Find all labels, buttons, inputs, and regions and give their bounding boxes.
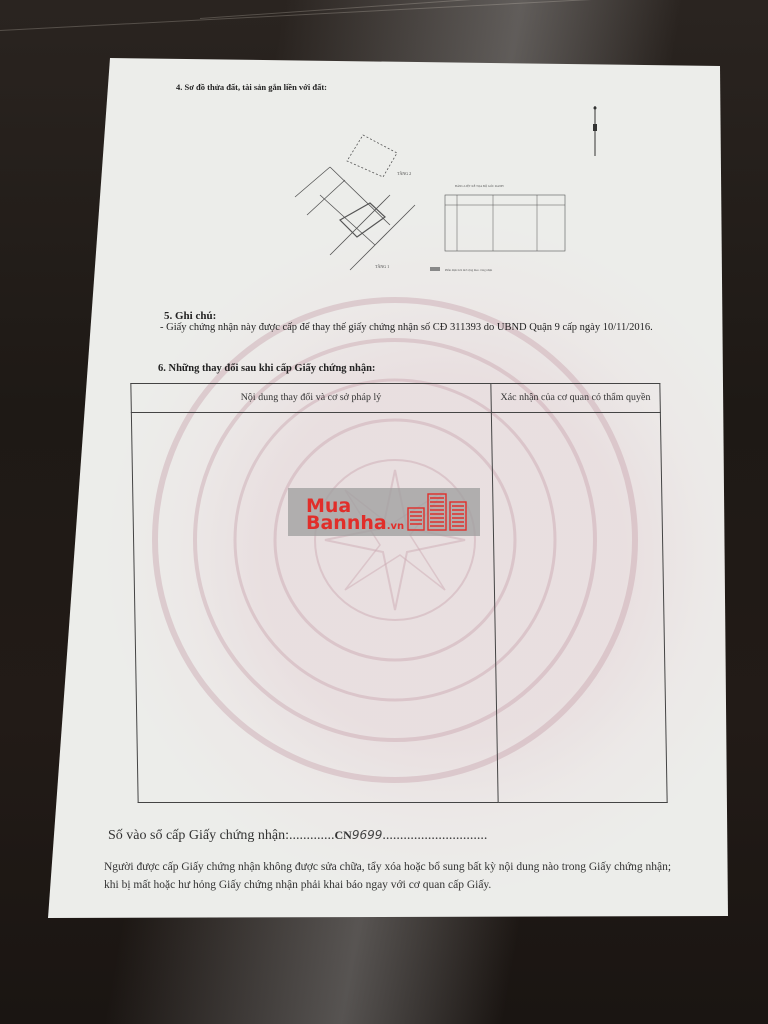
registry-label: Số vào sổ cấp Giấy chứng nhận:	[108, 828, 289, 843]
changes-table: Nội dung thay đổi và cơ sở pháp lý Xác n…	[130, 383, 667, 803]
column-header-change-content: Nội dung thay đổi và cơ sở pháp lý	[131, 384, 491, 413]
north-arrow-icon	[592, 106, 598, 156]
column-header-authority-confirmation: Xác nhận của cơ quan có thẩm quyền	[491, 384, 661, 413]
change-content-cell	[131, 413, 498, 803]
land-plot-diagram: TẦNG 2 TẦNG 1 BẢNG LIỆT KÊ TỌA ĐỘ GÓC RA…	[285, 125, 585, 280]
authority-confirmation-cell	[491, 413, 667, 803]
coordinate-table-title: BẢNG LIỆT KÊ TỌA ĐỘ GÓC RANH	[455, 183, 504, 188]
warning-text: Người được cấp Giấy chứng nhận không đượ…	[104, 858, 684, 894]
logo-line-2: Bannha.vn	[306, 514, 404, 536]
section-5-note: - Giấy chứng nhận này được cấp để thay t…	[160, 322, 680, 334]
diagram-legend-label: Phần diện tích mở rộng theo công nhận	[445, 268, 493, 272]
section-4-title: 4. Sơ đồ thửa đất, tài sản gắn liền với …	[176, 82, 327, 92]
registry-prefix: CN	[335, 828, 352, 842]
floor-1-label: TẦNG 1	[375, 264, 389, 269]
building-icon	[406, 492, 470, 532]
muabannha-watermark-logo: Mua Bannha.vn	[288, 488, 480, 536]
section-5-title: 5. Ghi chú:	[164, 310, 216, 322]
registry-number: 9699	[352, 828, 383, 842]
floor-2-label: TẦNG 2	[397, 171, 411, 176]
registry-line: Số vào sổ cấp Giấy chứng nhận:..........…	[108, 828, 487, 844]
section-6-title: 6. Những thay đổi sau khi cấp Giấy chứng…	[158, 363, 375, 374]
